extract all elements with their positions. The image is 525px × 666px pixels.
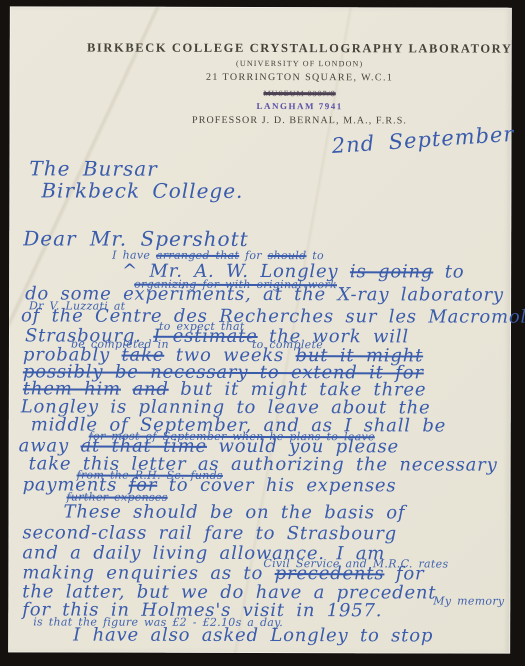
handwritten-line: My memory: [433, 595, 504, 606]
handwritten-line: These should be on the basis of: [63, 503, 405, 522]
salutation: Dear Mr. Spershott: [23, 226, 248, 251]
struck-text: is going: [350, 261, 433, 282]
handwriting-text: These should be on the basis of: [63, 501, 405, 523]
letterhead: BIRKBECK COLLEGE CRYSTALLOGRAPHY LABORAT…: [65, 40, 525, 126]
handwriting-text: for: [384, 563, 424, 584]
handwriting-text: I have also asked Longley to stop: [73, 625, 433, 647]
handwriting-text: My memory: [433, 594, 504, 607]
letterhead-phone-stamp: LANGHAM 7941: [65, 100, 525, 111]
letterhead-org: BIRKBECK COLLEGE CRYSTALLOGRAPHY LABORAT…: [65, 40, 525, 56]
letter-page: BIRKBECK COLLEGE CRYSTALLOGRAPHY LABORAT…: [8, 6, 512, 653]
handwritten-line: second-class rail fare to Strasbourg: [22, 524, 397, 543]
handwritten-line: I have arranged that for should to: [112, 250, 324, 262]
handwriting-text: to: [433, 261, 464, 282]
letterhead-old-phone: MUSEUM 0307/8: [263, 89, 335, 98]
letterhead-university: (UNIVERSITY OF LONDON): [65, 58, 525, 68]
handwriting-text: to cover his expenses: [157, 475, 396, 497]
recipient-line: Birkbeck College.: [41, 178, 243, 203]
scan-frame: BIRKBECK COLLEGE CRYSTALLOGRAPHY LABORAT…: [0, 0, 525, 666]
handwritten-line: of the Centre des Recherches sur les Mac…: [21, 307, 525, 327]
handwriting-text: of the Centre des Recherches sur les Mac…: [21, 305, 525, 328]
handwriting-text: second-class rail fare to Strasbourg: [22, 522, 397, 544]
handwritten-line: I have also asked Longley to stop: [73, 627, 433, 646]
recipient-line: The Bursar: [29, 156, 157, 180]
letter-body: I have arranged that for should to^ Mr. …: [10, 6, 512, 7]
